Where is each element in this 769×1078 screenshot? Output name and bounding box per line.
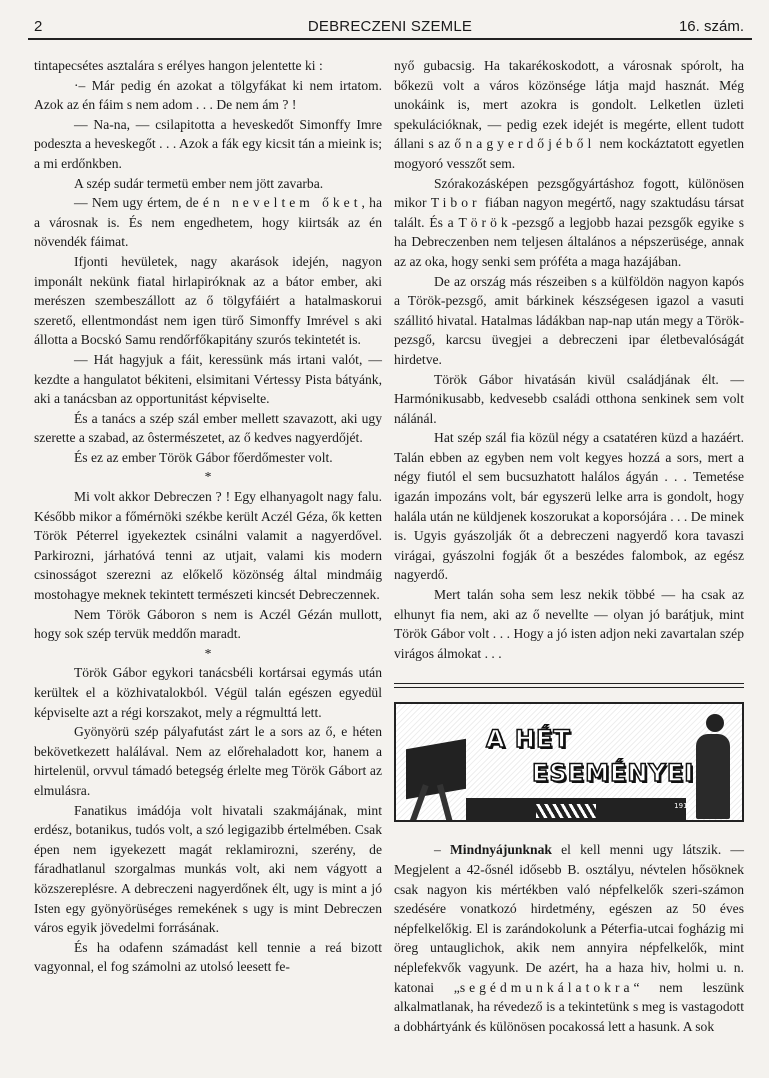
paragraph: És ha odafenn számadást kell tennie a re… bbox=[34, 938, 382, 977]
newspaper-page: 2 DEBRECZENI SZEMLE 16. szám. tintapecsé… bbox=[0, 0, 769, 1078]
section-separator: * bbox=[34, 467, 382, 487]
paragraph: Török Gábor hivatásán kivül családjának … bbox=[394, 370, 744, 429]
paragraph: nyő gubacsig. Ha takarékoskodott, a váro… bbox=[394, 56, 744, 174]
paragraph: Török Gábor egykori tanácsbéli kortársai… bbox=[34, 663, 382, 722]
paragraph: De az ország más részeiben s a külföldön… bbox=[394, 272, 744, 370]
left-column: tintapecsétes asztalára s erélyes hangon… bbox=[34, 56, 382, 977]
paragraph: tintapecsétes asztalára s erélyes hangon… bbox=[34, 56, 382, 76]
paragraph: Hat szép szál fia közül négy a csatatére… bbox=[394, 428, 744, 585]
banner-title-line2: ESEMÉNYEI bbox=[532, 764, 694, 784]
section-separator: * bbox=[34, 644, 382, 664]
paragraph: Mert talán soha sem lesz nekik többé — h… bbox=[394, 585, 744, 663]
right-column: nyő gubacsig. Ha takarékoskodott, a váro… bbox=[394, 56, 744, 1036]
paragraph: Ifjonti hevületek, nagy akarások idején,… bbox=[34, 252, 382, 350]
publication-title: DEBRECZENI SZEMLE bbox=[28, 18, 752, 35]
paragraph: Szórakozásképen pezsgőgyártáshoz fogott,… bbox=[394, 174, 744, 272]
page-header: 2 DEBRECZENI SZEMLE 16. szám. bbox=[28, 18, 752, 40]
banner-year: 1916 bbox=[674, 797, 692, 817]
paragraph: Mi volt akkor Debreczen ? ! Egy elhanyag… bbox=[34, 487, 382, 605]
obituary-continuation: nyő gubacsig. Ha takarékoskodott, a váro… bbox=[394, 56, 744, 663]
banner-title-line1: A HÉT bbox=[486, 730, 571, 750]
paragraph: — Hát hagyjuk a fáit, keressünk más irta… bbox=[34, 350, 382, 409]
section-divider bbox=[394, 683, 744, 684]
paragraph: Nem Török Gáboron s nem is Aczél Gézán m… bbox=[34, 605, 382, 644]
news-item: – Mindnyájunknak el kell menni ugy látsz… bbox=[394, 840, 744, 1036]
section-divider bbox=[394, 687, 744, 688]
paragraph: — Nem ugy értem, de én neveltem őket, ha… bbox=[34, 193, 382, 252]
news-item-lead: Mindnyájunknak bbox=[450, 842, 552, 857]
photographer-illustration-icon bbox=[696, 734, 730, 819]
paragraph: Fanatikus imádója volt hivatali szakmájá… bbox=[34, 801, 382, 938]
paragraph: Gyönyörü szép pályafutást zárt le a sors… bbox=[34, 722, 382, 800]
paragraph: És a tanács a szép szál ember mellett sz… bbox=[34, 409, 382, 448]
paragraph: ·– Már pedig én azokat a tölgyfákat ki n… bbox=[34, 76, 382, 115]
paragraph: És ez az ember Török Gábor főerdőmester … bbox=[34, 448, 382, 468]
issue-number: 16. szám. bbox=[679, 18, 744, 35]
paragraph: A szép sudár termetü ember nem jött zava… bbox=[34, 174, 382, 194]
paragraph: — Na-na, — csilapitotta a heveskedőt Sim… bbox=[34, 115, 382, 174]
section-banner-image: A HÉT ESEMÉNYEI 1916 bbox=[394, 702, 744, 822]
